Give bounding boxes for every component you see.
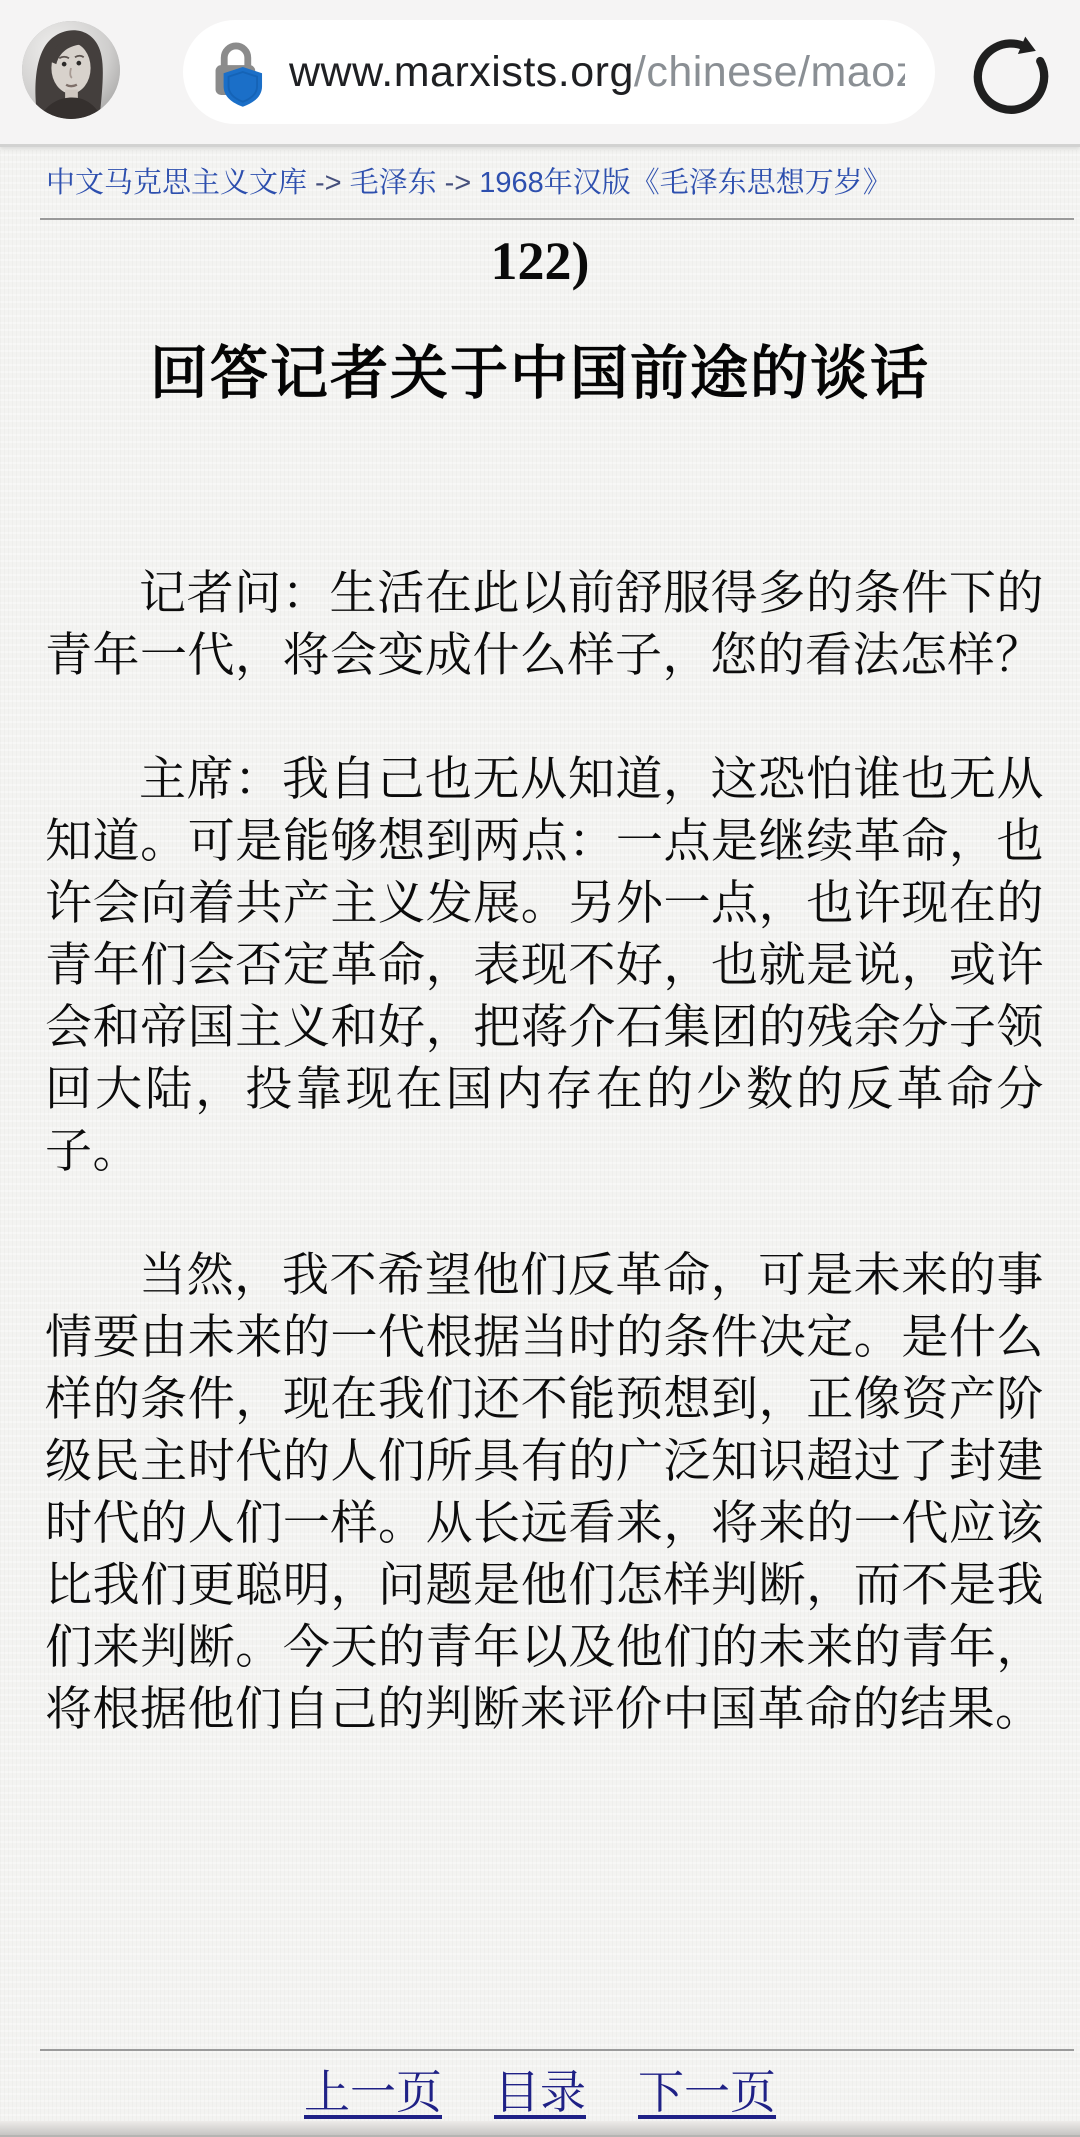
refresh-icon [965, 26, 1057, 118]
prev-page-link[interactable]: 上一页 [304, 2056, 442, 2122]
url-text: www.marxists.org/chinese/maoze [289, 20, 905, 124]
url-domain: www.marxists.org [289, 48, 634, 96]
bottom-divider [40, 2049, 1074, 2051]
profile-avatar[interactable] [22, 21, 120, 119]
article-number: 122) [0, 230, 1080, 292]
page-footer: 上一页 目录 下一页 [0, 2049, 1080, 2137]
breadcrumb-separator: -> [307, 167, 350, 199]
footer-nav: 上一页 目录 下一页 [0, 2057, 1080, 2121]
web-page: 中文马克思主义文库->毛泽东->1968年汉版《毛泽东思想万岁》 122) 回答… [0, 150, 1080, 2137]
paragraph-reporter-question: 记者问：生活在此以前舒服得多的条件下的青年一代，将会变成什么样子，您的看法怎样？ [45, 562, 1044, 686]
avatar-photo [22, 21, 120, 119]
breadcrumb-link-author[interactable]: 毛泽东 [350, 167, 437, 199]
next-page-link[interactable]: 下一页 [638, 2056, 776, 2122]
article-title: 回答记者关于中国前途的谈话 [0, 338, 1080, 410]
breadcrumb-link-library[interactable]: 中文马克思主义文库 [46, 167, 307, 199]
contents-link[interactable]: 目录 [494, 2056, 586, 2122]
refresh-button[interactable] [965, 26, 1057, 118]
url-bar[interactable]: www.marxists.org/chinese/maoze [183, 20, 935, 124]
phone-screen: www.marxists.org/chinese/maoze 中文马克思主义文库… [0, 0, 1080, 2137]
breadcrumb-separator: -> [437, 167, 480, 199]
url-path: /chinese/maoze [634, 48, 905, 96]
screen-bottom-edge [0, 2121, 1080, 2137]
breadcrumb-link-book[interactable]: 1968年汉版《毛泽东思想万岁》 [479, 167, 892, 199]
article-body: 记者问：生活在此以前舒服得多的条件下的青年一代，将会变成什么样子，您的看法怎样？… [0, 562, 1080, 1740]
browser-toolbar: www.marxists.org/chinese/maoze [0, 0, 1080, 147]
breadcrumb: 中文马克思主义文库->毛泽东->1968年汉版《毛泽东思想万岁》 [0, 150, 1080, 202]
paragraph-chairman-answer-2: 当然，我不希望他们反革命，可是未来的事情要由未来的一代根据当时的条件决定。是什么… [45, 1244, 1044, 1740]
paragraph-chairman-answer-1: 主席：我自己也无从知道，这恐怕谁也无从知道。可是能够想到两点：一点是继续革命，也… [45, 748, 1044, 1182]
lock-shield-icon[interactable] [205, 34, 267, 110]
top-divider [40, 218, 1074, 220]
